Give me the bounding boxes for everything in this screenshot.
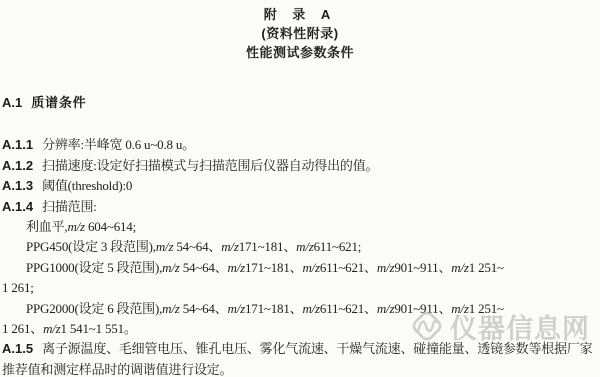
clause-number: A.1.1: [2, 137, 33, 152]
text-run: 54~64、: [180, 301, 228, 316]
text-run: 171~181、: [239, 239, 296, 254]
mz-notation: m/z: [302, 260, 319, 275]
text-run: 1 541~1 551。: [61, 321, 137, 336]
doc-line: 1 261、m/z1 541~1 551。: [2, 319, 598, 339]
text-run: 推荐值和测定样品时的调谐值进行设定。: [2, 362, 232, 377]
text-run: 611~621、: [320, 260, 377, 275]
mz-notation: m/z: [156, 239, 173, 254]
text-run: PPG450(设定 3 段范围),: [26, 239, 156, 254]
clause-number: A.1.4: [2, 199, 33, 214]
appendix-subject-title: 性能测试参数条件: [0, 43, 600, 62]
document-lines: A.1质谱条件A.1.1分辨率:半峰宽 0.6 u~0.8 u。A.1.2扫描速…: [0, 93, 600, 377]
mz-notation: m/z: [296, 239, 313, 254]
section-heading: A.1质谱条件: [2, 93, 598, 113]
doc-line: 1 261;: [2, 278, 598, 298]
text-run: 阈值(threshold):0: [42, 178, 132, 193]
clause-number: A.1.2: [2, 158, 33, 173]
text-run: PPG1000(设定 5 段范围),: [26, 260, 162, 275]
text-run: 611~621;: [314, 239, 362, 254]
doc-line: A.1.4扫描范围:: [2, 197, 598, 217]
appendix-type-note: (资料性附录): [0, 24, 600, 43]
text-run: PPG2000(设定 6 段范围),: [26, 301, 162, 316]
text-run: 604~614;: [85, 219, 136, 234]
doc-line: PPG450(设定 3 段范围),m/z 54~64、m/z171~181、m/…: [2, 237, 598, 257]
doc-line: A.1.5离子源温度、毛细管电压、锥孔电压、雾化气流速、干燥气流速、碰撞能量、透…: [2, 339, 598, 359]
mz-notation: m/z: [162, 301, 179, 316]
text-run: 54~64、: [173, 239, 221, 254]
mz-notation: m/z: [67, 219, 84, 234]
text-run: 分辨率:半峰宽 0.6 u~0.8 u。: [42, 137, 195, 152]
clause-number: A.1: [2, 95, 22, 110]
mz-notation: m/z: [228, 301, 245, 316]
appendix-title-block: 附 录 A (资料性附录) 性能测试参数条件: [0, 0, 600, 62]
text-run: 171~181、: [245, 260, 302, 275]
mz-notation: m/z: [302, 301, 319, 316]
doc-line: 利血平,m/z 604~614;: [2, 217, 598, 237]
text-run: 扫描速度:设定好扫描模式与扫描范围后仪器自动得出的值。: [42, 158, 378, 173]
mz-notation: m/z: [451, 260, 468, 275]
text-run: 1 261;: [2, 280, 34, 295]
doc-line: A.1.1分辨率:半峰宽 0.6 u~0.8 u。: [2, 135, 598, 155]
text-run: 1 261、: [2, 321, 43, 336]
text-run: 1 251~: [469, 260, 504, 275]
doc-line: 推荐值和测定样品时的调谐值进行设定。: [2, 360, 598, 377]
mz-notation: m/z: [228, 260, 245, 275]
clause-number: A.1.3: [2, 178, 33, 193]
doc-line: A.1.3阈值(threshold):0: [2, 176, 598, 196]
document-page: 附 录 A (资料性附录) 性能测试参数条件 A.1质谱条件A.1.1分辨率:半…: [0, 0, 600, 377]
text-run: 901~911、: [394, 260, 451, 275]
mz-notation: m/z: [377, 260, 394, 275]
doc-line: A.1.2扫描速度:设定好扫描模式与扫描范围后仪器自动得出的值。: [2, 156, 598, 176]
text-run: 611~621、: [320, 301, 377, 316]
text-run: 1 251~: [469, 301, 504, 316]
doc-line: PPG2000(设定 6 段范围),m/z 54~64、m/z171~181、m…: [2, 299, 598, 319]
text-run: 利血平,: [26, 219, 67, 234]
text-run: 扫描范围:: [42, 199, 97, 214]
mz-notation: m/z: [162, 260, 179, 275]
mz-notation: m/z: [451, 301, 468, 316]
mz-notation: m/z: [377, 301, 394, 316]
clause-number: A.1.5: [2, 341, 33, 356]
mz-notation: m/z: [221, 239, 238, 254]
appendix-title: 附 录 A: [0, 5, 600, 24]
text-run: 54~64、: [180, 260, 228, 275]
text-run: 171~181、: [245, 301, 302, 316]
text-run: 离子源温度、毛细管电压、锥孔电压、雾化气流速、干燥气流速、碰撞能量、透镜参数等根…: [42, 341, 592, 356]
doc-line: PPG1000(设定 5 段范围),m/z 54~64、m/z171~181、m…: [2, 258, 598, 278]
text-run: 901~911、: [394, 301, 451, 316]
mz-notation: m/z: [43, 321, 60, 336]
text-run: 质谱条件: [31, 95, 86, 110]
